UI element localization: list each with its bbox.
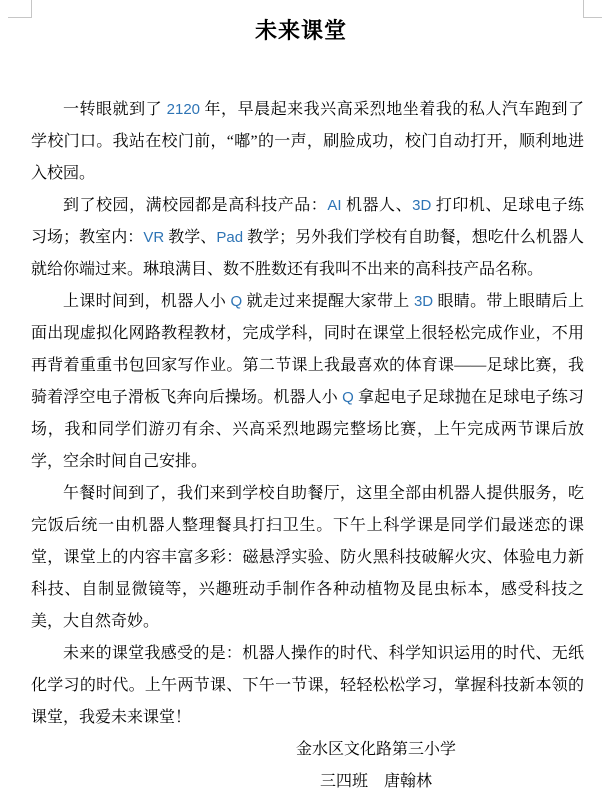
document-page: 未来课堂 一转眼就到了 2120 年，早晨起来我兴高采烈地坐着我的私人汽车跑到了…	[0, 0, 602, 796]
document-body: 一转眼就到了 2120 年，早晨起来我兴高采烈地坐着我的私人汽车跑到了学校门口。…	[31, 94, 584, 796]
cn-text-run: 机器人、	[342, 197, 413, 214]
latin-text-run: Pad	[216, 229, 243, 246]
latin-text-run: Q	[342, 389, 354, 406]
latin-text-run: 3D	[414, 293, 433, 310]
cn-text-run: 未来的课堂我感受的是：机器人操作的时代、科学知识运用的时代、无纸化学习的时代。上…	[31, 645, 584, 726]
paragraph-1: 一转眼就到了 2120 年，早晨起来我兴高采烈地坐着我的私人汽车跑到了学校门口。…	[31, 94, 584, 190]
cn-text-run: 午餐时间到了，我们来到学校自助餐厅，这里全部由机器人提供服务，吃完饭后统一由机器…	[31, 485, 584, 630]
document-title: 未来课堂	[0, 0, 602, 46]
cn-text-run: 上课时间到，机器人小	[63, 293, 230, 310]
latin-text-run: 2120	[167, 101, 200, 118]
crop-mark-top-left	[8, 0, 32, 18]
paragraph-list: 一转眼就到了 2120 年，早晨起来我兴高采烈地坐着我的私人汽车跑到了学校门口。…	[31, 94, 584, 734]
cn-text-run: 到了校园，满校园都是高科技产品：	[63, 197, 327, 214]
paragraph-4: 午餐时间到了，我们来到学校自助餐厅，这里全部由机器人提供服务，吃完饭后统一由机器…	[31, 478, 584, 638]
signature-school: 金水区文化路第三小学	[168, 734, 584, 766]
cn-text-run: 一转眼就到了	[63, 101, 167, 118]
cn-text-run: 教学、	[164, 229, 216, 246]
paragraph-2: 到了校园，满校园都是高科技产品：AI 机器人、3D 打印机、足球电子练习场；教室…	[31, 190, 584, 286]
signature-block: 金水区文化路第三小学 三四班 唐翰林	[31, 734, 584, 796]
signature-class-author: 三四班 唐翰林	[168, 766, 584, 796]
paragraph-3: 上课时间到，机器人小 Q 就走过来提醒大家带上 3D 眼睛。带上眼睛后上面出现虚…	[31, 286, 584, 478]
latin-text-run: Q	[230, 293, 242, 310]
cn-text-run: 就走过来提醒大家带上	[242, 293, 414, 310]
latin-text-run: 3D	[412, 197, 431, 214]
latin-text-run: AI	[327, 197, 341, 214]
crop-mark-top-right	[583, 0, 602, 18]
latin-text-run: VR	[143, 229, 164, 246]
paragraph-5: 未来的课堂我感受的是：机器人操作的时代、科学知识运用的时代、无纸化学习的时代。上…	[31, 638, 584, 734]
